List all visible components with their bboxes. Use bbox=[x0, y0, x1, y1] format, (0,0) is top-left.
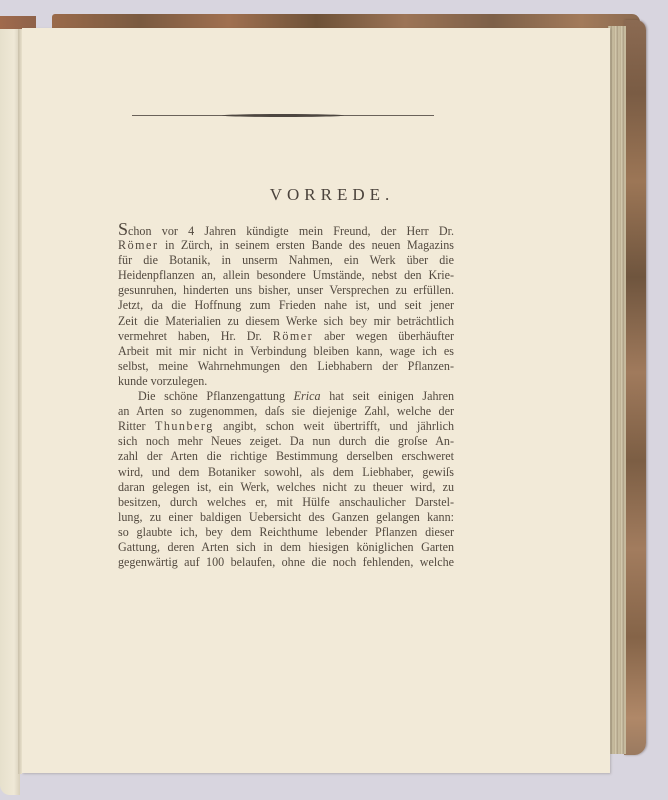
page-heading: VORREDE. bbox=[0, 185, 666, 205]
text-line: Gattung, deren Arten sich in dem hiesige… bbox=[118, 540, 454, 555]
text-run: kunde vorzulegen. bbox=[118, 374, 207, 388]
text-run: selbst, meine Wahrnehmungen den Liebhabe… bbox=[118, 359, 454, 373]
text-run: besitzen, durch welches er, mit Hülfe an… bbox=[118, 495, 454, 509]
marbled-cover-right bbox=[624, 20, 646, 755]
text-run: für die Botanik, in unserm Nahmen, ein W… bbox=[118, 253, 454, 267]
text-run: Zeit die Materialien zu diesem Werke sic… bbox=[118, 314, 454, 328]
text-run: Gattung, deren Arten sich in dem hiesige… bbox=[118, 540, 454, 554]
text-run: Römer bbox=[118, 238, 158, 252]
text-line: daran gelegen ist, ein Werk, welches nic… bbox=[118, 480, 454, 495]
text-line: so glaubte ich, bey dem Reichthume leben… bbox=[118, 525, 454, 540]
text-line: Jetzt, da die Hoffnung zum Frieden nahe … bbox=[118, 298, 454, 313]
text-run: so glaubte ich, bey dem Reichthume leben… bbox=[118, 525, 454, 539]
text-run: daran gelegen ist, ein Werk, welches nic… bbox=[118, 480, 454, 494]
text-run: Jetzt, da die Hoffnung zum Frieden nahe … bbox=[118, 298, 454, 312]
rule-ornament bbox=[222, 114, 344, 117]
text-run: Arbeit mit mir nicht in Verbindung bleib… bbox=[118, 344, 454, 358]
text-line: selbst, meine Wahrnehmungen den Liebhabe… bbox=[118, 359, 454, 374]
text-run: aber wegen überhäufter bbox=[313, 329, 454, 343]
text-line: Schon vor 4 Jahren kündigte mein Freund,… bbox=[118, 223, 454, 238]
text-run: gegenwärtig auf 100 belaufen, ohne die n… bbox=[118, 555, 454, 569]
text-run: zahl der Arten die richtige Bestimmung d… bbox=[118, 449, 454, 463]
page-edges bbox=[608, 26, 626, 754]
text-run: Thunberg bbox=[155, 419, 214, 433]
body-text: Schon vor 4 Jahren kündigte mein Freund,… bbox=[118, 223, 454, 570]
text-line: besitzen, durch welches er, mit Hülfe an… bbox=[118, 495, 454, 510]
text-run: Die schöne Pflanzengattung bbox=[138, 389, 294, 403]
text-run: vermehret haben, Hr. Dr. bbox=[118, 329, 273, 343]
text-run: an Arten so zugenommen, daſs sie diejeni… bbox=[118, 404, 454, 418]
text-run: Erica bbox=[294, 389, 321, 403]
drop-cap: S bbox=[118, 219, 128, 239]
text-run: lung, zu einer baldigen Uebersicht des G… bbox=[118, 510, 454, 524]
text-line: Die schöne Pflanzengattung Erica hat sei… bbox=[118, 389, 454, 404]
text-line: Zeit die Materialien zu diesem Werke sic… bbox=[118, 314, 454, 329]
paragraph: Schon vor 4 Jahren kündigte mein Freund,… bbox=[118, 223, 454, 389]
text-run: in Zürch, in seinem ersten Bande des neu… bbox=[158, 238, 454, 252]
left-page-strip bbox=[0, 29, 20, 795]
text-line: an Arten so zugenommen, daſs sie diejeni… bbox=[118, 404, 454, 419]
text-line: zahl der Arten die richtige Bestimmung d… bbox=[118, 449, 454, 464]
text-run: gesunruhen, hinderten uns bisher, unser … bbox=[118, 283, 454, 297]
text-run: Heidenpflanzen an, allein besondere Umst… bbox=[118, 268, 454, 282]
paragraph: Die schöne Pflanzengattung Erica hat sei… bbox=[118, 389, 454, 570]
text-run: chon vor 4 Jahren kündigte mein Freund, … bbox=[128, 224, 454, 238]
text-line: lung, zu einer baldigen Uebersicht des G… bbox=[118, 510, 454, 525]
text-run: angibt, schon weit übertrifft, und jährl… bbox=[214, 419, 454, 433]
text-line: Ritter Thunberg angibt, schon weit übert… bbox=[118, 419, 454, 434]
text-line: Heidenpflanzen an, allein besondere Umst… bbox=[118, 268, 454, 283]
text-run: Ritter bbox=[118, 419, 155, 433]
text-line: wird, und dem Botaniker sowohl, als dem … bbox=[118, 465, 454, 480]
text-line: vermehret haben, Hr. Dr. Römer aber wege… bbox=[118, 329, 454, 344]
text-line: gesunruhen, hinderten uns bisher, unser … bbox=[118, 283, 454, 298]
text-run: Römer bbox=[273, 329, 313, 343]
text-line: kunde vorzulegen. bbox=[118, 374, 454, 389]
text-run: wird, und dem Botaniker sowohl, als dem … bbox=[118, 465, 454, 479]
text-line: sich noch mehr Neues zeiget. Da nun durc… bbox=[118, 434, 454, 449]
text-line: gegenwärtig auf 100 belaufen, ohne die n… bbox=[118, 555, 454, 570]
text-run: sich noch mehr Neues zeiget. Da nun durc… bbox=[118, 434, 454, 448]
text-line: Arbeit mit mir nicht in Verbindung bleib… bbox=[118, 344, 454, 359]
text-line: für die Botanik, in unserm Nahmen, ein W… bbox=[118, 253, 454, 268]
decorative-rule bbox=[132, 114, 434, 117]
text-line: Römer in Zürch, in seinem ersten Bande d… bbox=[118, 238, 454, 253]
gutter bbox=[18, 29, 22, 774]
text-run: hat seit einigen Jahren bbox=[321, 389, 454, 403]
